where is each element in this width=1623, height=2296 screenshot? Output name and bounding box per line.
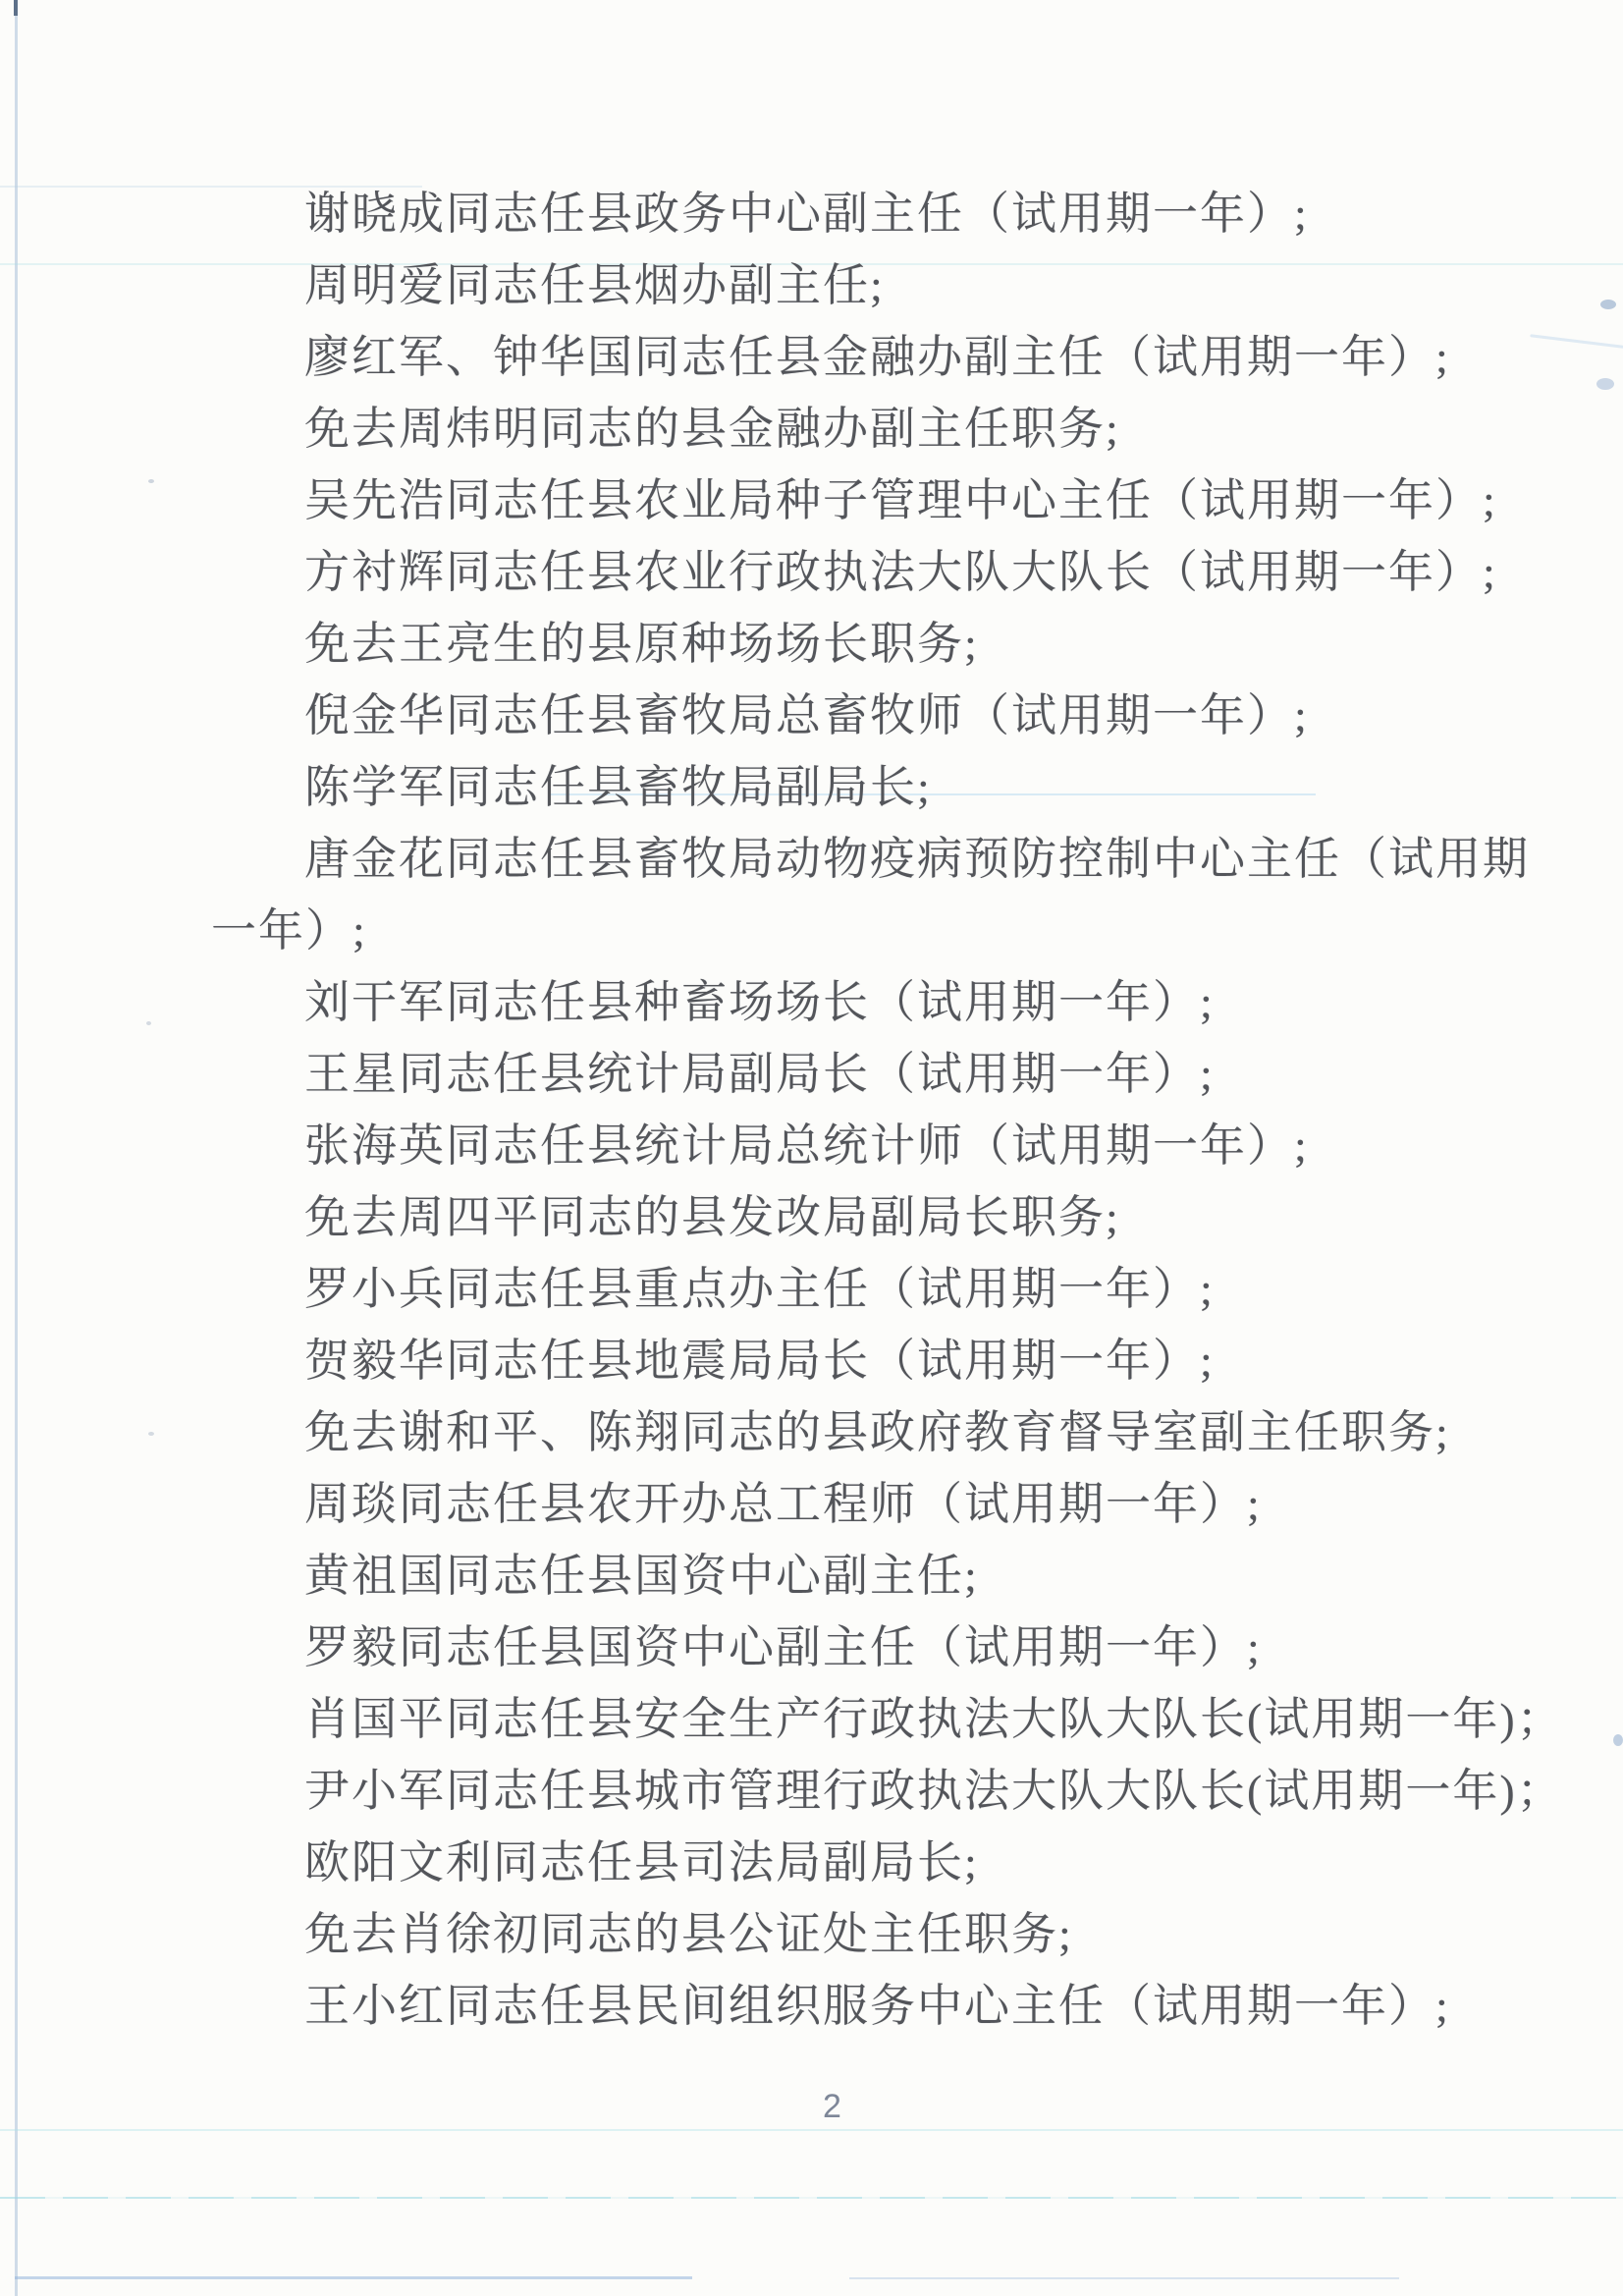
document-line: 倪金华同志任县畜牧局总畜牧师（试用期一年）; xyxy=(211,680,1546,751)
document-line: 尹小军同志任县城市管理行政执法大队大队长(试用期一年)； xyxy=(211,1755,1546,1827)
scan-artifact-hline xyxy=(0,2197,1623,2199)
document-line: 周琰同志任县农开办总工程师（试用期一年）; xyxy=(211,1468,1546,1540)
scan-artifact-speck xyxy=(1600,300,1616,309)
scan-artifact-speck xyxy=(146,1021,151,1025)
document-body: 谢晓成同志任县政务中心副主任（试用期一年）;周明爱同志任县烟办副主任;廖红军、钟… xyxy=(211,178,1546,2042)
scanned-document-page: 谢晓成同志任县政务中心副主任（试用期一年）;周明爱同志任县烟办副主任;廖红军、钟… xyxy=(0,0,1623,2296)
scan-artifact-speck xyxy=(1613,1734,1623,1746)
scan-artifact-hline xyxy=(15,2276,692,2279)
document-line: 周明爱同志任县烟办副主任; xyxy=(211,249,1546,321)
document-line: 罗小兵同志任县重点办主任（试用期一年）; xyxy=(211,1253,1546,1325)
document-line: 免去肖徐初同志的县公证处主任职务; xyxy=(211,1898,1546,1970)
document-line: 王小红同志任县民间组织服务中心主任（试用期一年）; xyxy=(211,1970,1546,2042)
document-line: 黄祖国同志任县国资中心副主任; xyxy=(211,1540,1546,1612)
scan-artifact-vertical-line xyxy=(15,0,18,2296)
scan-artifact-vertical-line-cap xyxy=(14,0,18,16)
document-line: 廖红军、钟华国同志任县金融办副主任（试用期一年）; xyxy=(211,321,1546,393)
document-line: 免去周炜明同志的县金融办副主任职务; xyxy=(211,393,1546,465)
document-line: 唐金花同志任县畜牧局动物疫病预防控制中心主任（试用期 xyxy=(211,823,1546,895)
document-line: 陈学军同志任县畜牧局副局长; xyxy=(211,751,1546,823)
document-line: 方衬辉同志任县农业行政执法大队大队长（试用期一年）; xyxy=(211,536,1546,608)
document-line: 免去谢和平、陈翔同志的县政府教育督导室副主任职务; xyxy=(211,1396,1546,1468)
document-line: 罗毅同志任县国资中心副主任（试用期一年）; xyxy=(211,1612,1546,1683)
document-line: 免去周四平同志的县发改局副局长职务; xyxy=(211,1181,1546,1253)
document-line: 吴先浩同志任县农业局种子管理中心主任（试用期一年）; xyxy=(211,465,1546,536)
scan-artifact-hline xyxy=(0,2129,1623,2131)
document-line: 欧阳文利同志任县司法局副局长; xyxy=(211,1827,1546,1898)
document-line: 张海英同志任县统计局总统计师（试用期一年）; xyxy=(211,1110,1546,1181)
document-line: 王星同志任县统计局副局长（试用期一年）; xyxy=(211,1038,1546,1110)
document-line: 谢晓成同志任县政务中心副主任（试用期一年）; xyxy=(211,178,1546,249)
scan-artifact-speck xyxy=(148,1432,154,1436)
scan-artifact-speck xyxy=(148,479,154,483)
document-line: 肖国平同志任县安全生产行政执法大队大队长(试用期一年)； xyxy=(211,1683,1546,1755)
document-line: 贺毅华同志任县地震局局长（试用期一年）; xyxy=(211,1325,1546,1396)
document-line: 刘干军同志任县种畜场场长（试用期一年）; xyxy=(211,966,1546,1038)
page-number: 2 xyxy=(823,2088,841,2126)
scan-artifact-speck xyxy=(1596,378,1614,390)
document-line: 一年）; xyxy=(211,895,1546,966)
scan-artifact-hline xyxy=(849,2277,1399,2279)
document-line: 免去王亮生的县原种场场长职务; xyxy=(211,608,1546,680)
